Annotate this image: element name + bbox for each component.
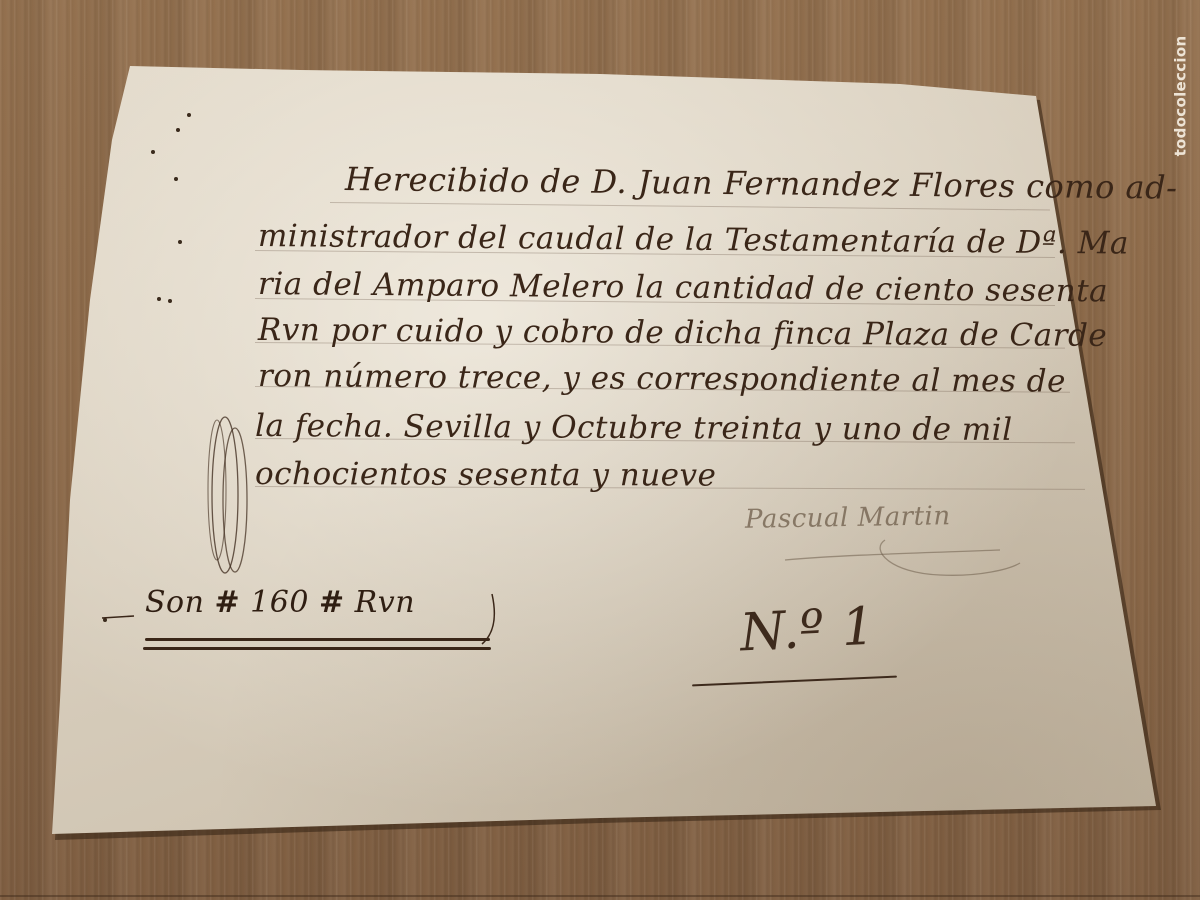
document-line-7: ochocientos sesenta y nueve: [255, 456, 717, 494]
amount-underline: [143, 647, 491, 650]
amount-currency: Rvn: [355, 585, 415, 620]
document-line-4: Rvn por cuido y cobro de dicha finca Pla…: [258, 312, 1107, 354]
signature-flourish: [780, 525, 1040, 585]
amount-underline-curl: [478, 592, 508, 652]
watermark: todocoleccion: [1165, 6, 1195, 186]
paper-speck: [168, 299, 172, 303]
document-line-6: la fecha. Sevilla y Octubre treinta y un…: [255, 408, 1013, 448]
amount-lead-dash: [100, 608, 140, 628]
amount-value: 160: [250, 585, 309, 620]
amount-separator: #: [214, 585, 240, 620]
paper-speck: [157, 297, 161, 301]
amount-underline: [145, 638, 490, 641]
document-line-5: ron número trece, y es correspondiente a…: [258, 358, 1066, 400]
document-line-2: ministrador del caudal de la Testamentar…: [258, 218, 1129, 262]
amount-line: Son # 160 # Rvn: [145, 585, 415, 620]
paper-speck: [176, 128, 180, 132]
paper-speck: [178, 240, 182, 244]
paper-speck: [151, 150, 155, 154]
amount-separator: #: [319, 585, 345, 620]
paper-speck: [174, 177, 178, 181]
document-paper: [0, 0, 1200, 900]
paper-speck: [187, 113, 191, 117]
margin-flourish: [195, 400, 275, 600]
wood-seam: [0, 895, 1200, 897]
document-line-3: ria del Amparo Melero la cantidad de cie…: [258, 266, 1108, 309]
number-mark: N.º 1: [739, 597, 877, 664]
amount-prefix: Son: [145, 585, 204, 620]
watermark-text: todocoleccion: [1171, 36, 1189, 157]
